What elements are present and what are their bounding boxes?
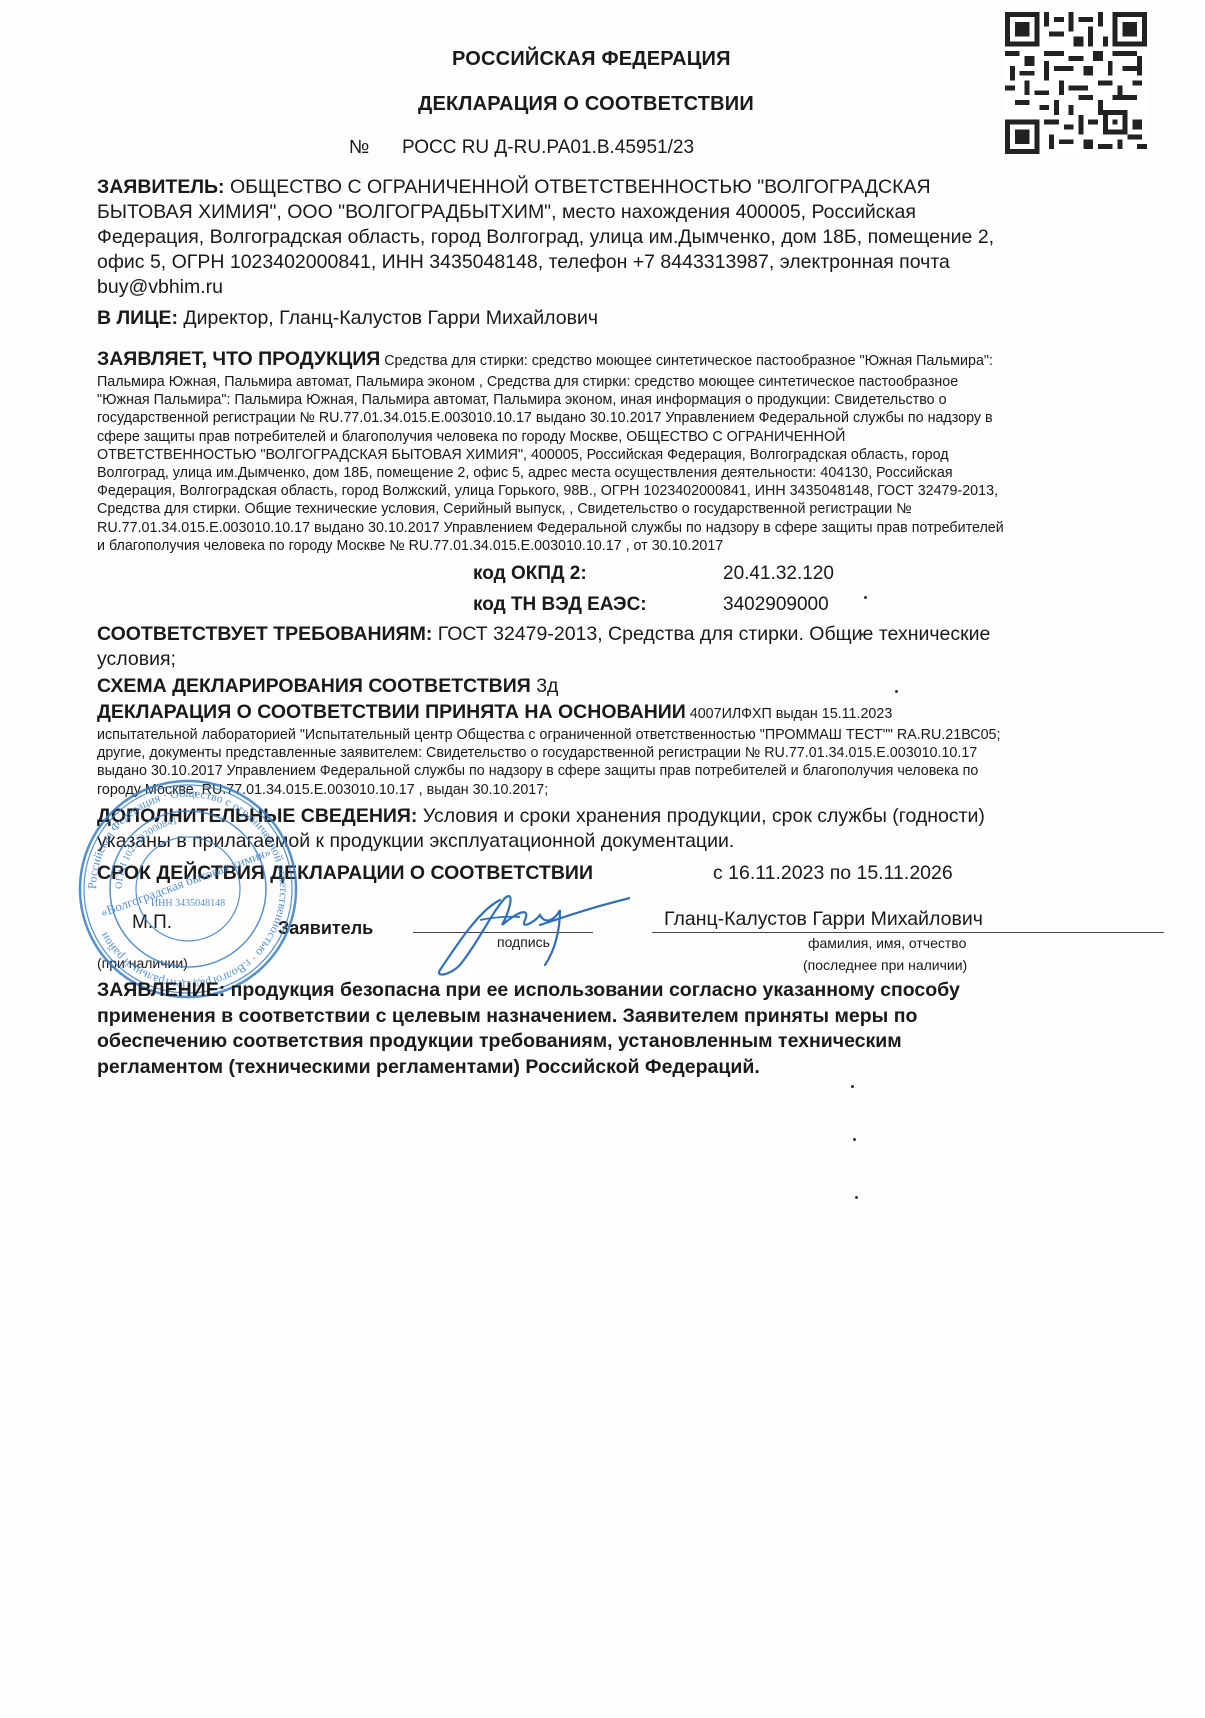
scan-speck: [855, 1196, 858, 1199]
statement-section: ЗАЯВЛЕНИЕ: продукция безопасна при ее ис…: [97, 978, 1167, 1080]
applicant-line: офис 5, ОГРН 1023402000841, ИНН 34350481…: [97, 250, 1167, 275]
scheme-section: СХЕМА ДЕКЛАРИРОВАНИЯ СООТВЕТСТВИЯ 3д: [97, 674, 1167, 699]
scan-speck: [895, 690, 898, 693]
product-line: Пальмира Южная, Пальмира автомат, Пальми…: [97, 373, 1167, 391]
number-sign: №: [349, 137, 369, 158]
product-line: Средства для стирки: средство моющее син…: [380, 353, 993, 369]
product-section: ЗАЯВЛЯЕТ, ЧТО ПРОДУКЦИЯ Средства для сти…: [97, 347, 1167, 555]
representative-section: В ЛИЦЕ: Директор, Гланц-Калустов Гарри М…: [97, 306, 1167, 331]
signature-icon: [420, 880, 630, 980]
okpd-value: 20.41.32.120: [723, 563, 834, 585]
company-stamp-icon: Российская Федерация · Общество с ограни…: [77, 778, 299, 1000]
basis-label: ДЕКЛАРАЦИЯ О СООТВЕТСТВИИ ПРИНЯТА НА ОСН…: [97, 701, 686, 723]
conformity-label: СООТВЕТСТВУЕТ ТРЕБОВАНИЯМ:: [97, 623, 432, 645]
declaration-number: № РОСС RU Д-RU.РА01.В.45951/23: [349, 137, 694, 159]
conformity-line: условия;: [97, 647, 1167, 672]
product-line: Волгоград, улица им.Дымченко, дом 18Б, п…: [97, 464, 1167, 482]
name-caption-1: фамилия, имя, отчество: [808, 935, 966, 951]
name-line: [652, 932, 1164, 933]
okpd-label: код ОКПД 2:: [473, 563, 587, 585]
scan-speck: [860, 633, 863, 636]
product-line: Федерация, Волгоградская область, город …: [97, 482, 1167, 500]
scan-speck: [851, 1085, 854, 1088]
document-title: ДЕКЛАРАЦИЯ О СООТВЕТСТВИИ: [418, 93, 754, 116]
additional-line: Условия и сроки хранения продукции, срок…: [417, 805, 984, 827]
applicant-email: buy@vbhim.ru: [97, 275, 1167, 300]
product-line: ОТВЕТСТВЕННОСТЬЮ "ВОЛГОГРАДСКАЯ БЫТОВАЯ …: [97, 446, 1167, 464]
scan-speck: [853, 1138, 856, 1141]
scheme-value: 3д: [531, 675, 559, 697]
statement-label: ЗАЯВЛЕНИЕ:: [97, 979, 225, 1001]
scan-speck: [864, 596, 867, 599]
scheme-label: СХЕМА ДЕКЛАРИРОВАНИЯ СООТВЕТСТВИЯ: [97, 675, 531, 697]
signer-name: Гланц-Калустов Гарри Михайлович: [664, 908, 983, 931]
tnved-label: код ТН ВЭД ЕАЭС:: [473, 594, 647, 616]
basis-line: другие, документы представленные заявите…: [97, 744, 1167, 762]
conformity-section: СООТВЕТСТВУЕТ ТРЕБОВАНИЯМ: ГОСТ 32479-20…: [97, 622, 1167, 672]
statement-line: регламентом (техническими регламентами) …: [97, 1055, 1167, 1081]
applicant-section: ЗАЯВИТЕЛЬ: ОБЩЕСТВО С ОГРАНИЧЕННОЙ ОТВЕТ…: [97, 175, 1167, 300]
representative-label: В ЛИЦЕ:: [97, 307, 178, 329]
applicant-line: БЫТОВАЯ ХИМИЯ", ООО "ВОЛГОГРАДБЫТХИМ", м…: [97, 200, 1167, 225]
applicant-line: ОБЩЕСТВО С ОГРАНИЧЕННОЙ ОТВЕТСТВЕННОСТЬЮ…: [225, 176, 931, 198]
representative-value: Директор, Гланц-Калустов Гарри Михайлови…: [178, 307, 598, 329]
product-line: сфере защиты прав потребителей и благопо…: [97, 428, 1167, 446]
statement-line: применения в соответствии с целевым назн…: [97, 1004, 1167, 1030]
qr-code-icon: [1003, 12, 1149, 154]
applicant-label: ЗАЯВИТЕЛЬ:: [97, 176, 225, 198]
number-value: РОСС RU Д-RU.РА01.В.45951/23: [402, 137, 694, 158]
product-label: ЗАЯВЛЯЕТ, ЧТО ПРОДУКЦИЯ: [97, 348, 380, 370]
name-caption-2: (последнее при наличии): [803, 957, 967, 973]
validity-value: с 16.11.2023 по 15.11.2026: [713, 862, 953, 885]
tnved-value: 3402909000: [723, 594, 829, 616]
applicant-line: Федерация, Волгоградская область, город …: [97, 225, 1167, 250]
statement-line: продукция безопасна при ее использовании…: [225, 979, 960, 1001]
product-line: государственной регистрации № RU.77.01.3…: [97, 409, 1167, 427]
conformity-line: ГОСТ 32479-2013, Средства для стирки. Об…: [432, 623, 990, 645]
declaration-page: РОССИЙСКАЯ ФЕДЕРАЦИЯ ДЕКЛАРАЦИЯ О СООТВЕ…: [0, 0, 1205, 1718]
statement-line: обеспечению соответствия продукции требо…: [97, 1029, 1167, 1055]
product-line: Средства для стирки. Общие технические у…: [97, 500, 1167, 518]
basis-line: испытательной лабораторией "Испытательны…: [97, 726, 1167, 744]
product-line: "Южная Пальмира": Пальмира Южная, Пальми…: [97, 391, 1167, 409]
basis-line: 4007ИЛФХП выдан 15.11.2023: [686, 706, 892, 722]
stamp-inn: ИНН 3435048148: [151, 898, 225, 909]
product-line: и благополучия человека по городу Москве…: [97, 537, 1167, 555]
country-title: РОССИЙСКАЯ ФЕДЕРАЦИЯ: [452, 48, 731, 71]
product-line: RU.77.01.34.015.Е.003010.10.17 выдано 30…: [97, 519, 1167, 537]
